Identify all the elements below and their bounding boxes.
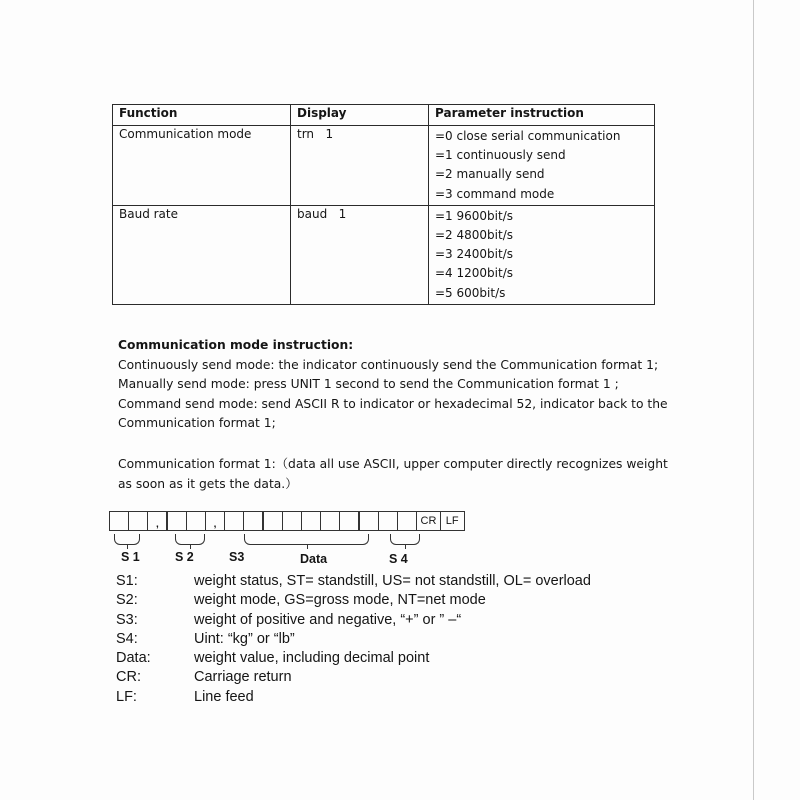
parameter-table: Function Display Parameter instruction C…	[112, 104, 655, 305]
terminator-cell-lf: LF	[440, 511, 465, 531]
frame-cell	[378, 511, 399, 531]
instruction-section: Communication mode instruction: Continuo…	[118, 336, 678, 434]
definition-key: LF:	[116, 688, 194, 707]
frame-cell	[224, 511, 245, 531]
instruction-heading: Communication mode instruction:	[118, 336, 678, 356]
param-line: =3 command mode	[435, 185, 648, 204]
terminator-cell-cr: CR	[416, 511, 441, 531]
brace-s1	[114, 534, 140, 545]
instruction-line: Communication format 1;	[118, 414, 678, 434]
param-line: =2 4800bit/s	[435, 226, 648, 245]
definition-row: S1:weight status, ST= standstill, US= no…	[116, 572, 591, 591]
params-cell: =0 close serial communication =1 continu…	[429, 126, 655, 206]
table-row: Baud rate baud 1 =1 9600bit/s =2 4800bit…	[113, 205, 655, 304]
label-s4: S 4	[389, 552, 408, 566]
frame-cell	[186, 511, 207, 531]
frame-diagram: ,,CRLF	[110, 511, 465, 531]
frame-cell	[166, 511, 187, 531]
separator-cell: ,	[147, 511, 168, 531]
function-cell: Communication mode	[113, 126, 291, 206]
format-line: as soon as it gets the data.）	[118, 475, 678, 495]
definition-value: Line feed	[194, 688, 254, 707]
frame-cell	[301, 511, 322, 531]
params-cell: =1 9600bit/s =2 4800bit/s =3 2400bit/s =…	[429, 205, 655, 304]
definition-key: CR:	[116, 668, 194, 687]
separator-cell: ,	[205, 511, 226, 531]
format-description: Communication format 1:（data all use ASC…	[118, 455, 678, 494]
definition-row: S3:weight of positive and negative, “+” …	[116, 611, 591, 630]
definition-row: Data:weight value, including decimal poi…	[116, 649, 591, 668]
label-s1: S 1	[121, 550, 140, 564]
label-data: Data	[300, 552, 327, 566]
brace-s4	[390, 534, 420, 545]
frame-cell	[320, 511, 341, 531]
display-cell: baud 1	[291, 205, 429, 304]
definition-list: S1:weight status, ST= standstill, US= no…	[116, 572, 591, 707]
definition-value: weight of positive and negative, “+” or …	[194, 611, 461, 630]
definition-key: S1:	[116, 572, 194, 591]
definition-value: Carriage return	[194, 668, 292, 687]
page-edge-line	[753, 0, 754, 800]
definition-value: Uint: “kg” or “lb”	[194, 630, 295, 649]
param-line: =5 600bit/s	[435, 284, 648, 303]
definition-value: weight mode, GS=gross mode, NT=net mode	[194, 591, 486, 610]
header-parameter-instruction: Parameter instruction	[429, 105, 655, 126]
definition-row: CR:Carriage return	[116, 668, 591, 687]
param-line: =4 1200bit/s	[435, 264, 648, 283]
label-s2: S 2	[175, 550, 194, 564]
definition-key: S2:	[116, 591, 194, 610]
table-header-row: Function Display Parameter instruction	[113, 105, 655, 126]
frame-cell	[128, 511, 149, 531]
param-line: =0 close serial communication	[435, 127, 648, 146]
frame-cell	[358, 511, 379, 531]
display-cell: trn 1	[291, 126, 429, 206]
param-line: =3 2400bit/s	[435, 245, 648, 264]
instruction-line: Command send mode: send ASCII R to indic…	[118, 395, 678, 415]
function-cell: Baud rate	[113, 205, 291, 304]
format-line: Communication format 1:（data all use ASC…	[118, 455, 678, 475]
param-line: =1 continuously send	[435, 146, 648, 165]
param-line: =2 manually send	[435, 165, 648, 184]
definition-key: S3:	[116, 611, 194, 630]
frame-cell	[243, 511, 264, 531]
frame-cell	[282, 511, 303, 531]
brace-data	[244, 534, 369, 545]
instruction-line: Continuously send mode: the indicator co…	[118, 356, 678, 376]
header-function: Function	[113, 105, 291, 126]
definition-row: S2:weight mode, GS=gross mode, NT=net mo…	[116, 591, 591, 610]
frame-cell	[262, 511, 283, 531]
label-s3: S3	[229, 550, 244, 564]
definition-value: weight value, including decimal point	[194, 649, 429, 668]
frame-cell	[339, 511, 360, 531]
param-line: =1 9600bit/s	[435, 207, 648, 226]
definition-row: S4:Uint: “kg” or “lb”	[116, 630, 591, 649]
instruction-line: Manually send mode: press UNIT 1 second …	[118, 375, 678, 395]
definition-row: LF:Line feed	[116, 688, 591, 707]
frame-cell	[397, 511, 418, 531]
definition-key: Data:	[116, 649, 194, 668]
definition-key: S4:	[116, 630, 194, 649]
header-display: Display	[291, 105, 429, 126]
definition-value: weight status, ST= standstill, US= not s…	[194, 572, 591, 591]
brace-s2	[175, 534, 205, 545]
table-row: Communication mode trn 1 =0 close serial…	[113, 126, 655, 206]
frame-cell	[109, 511, 130, 531]
